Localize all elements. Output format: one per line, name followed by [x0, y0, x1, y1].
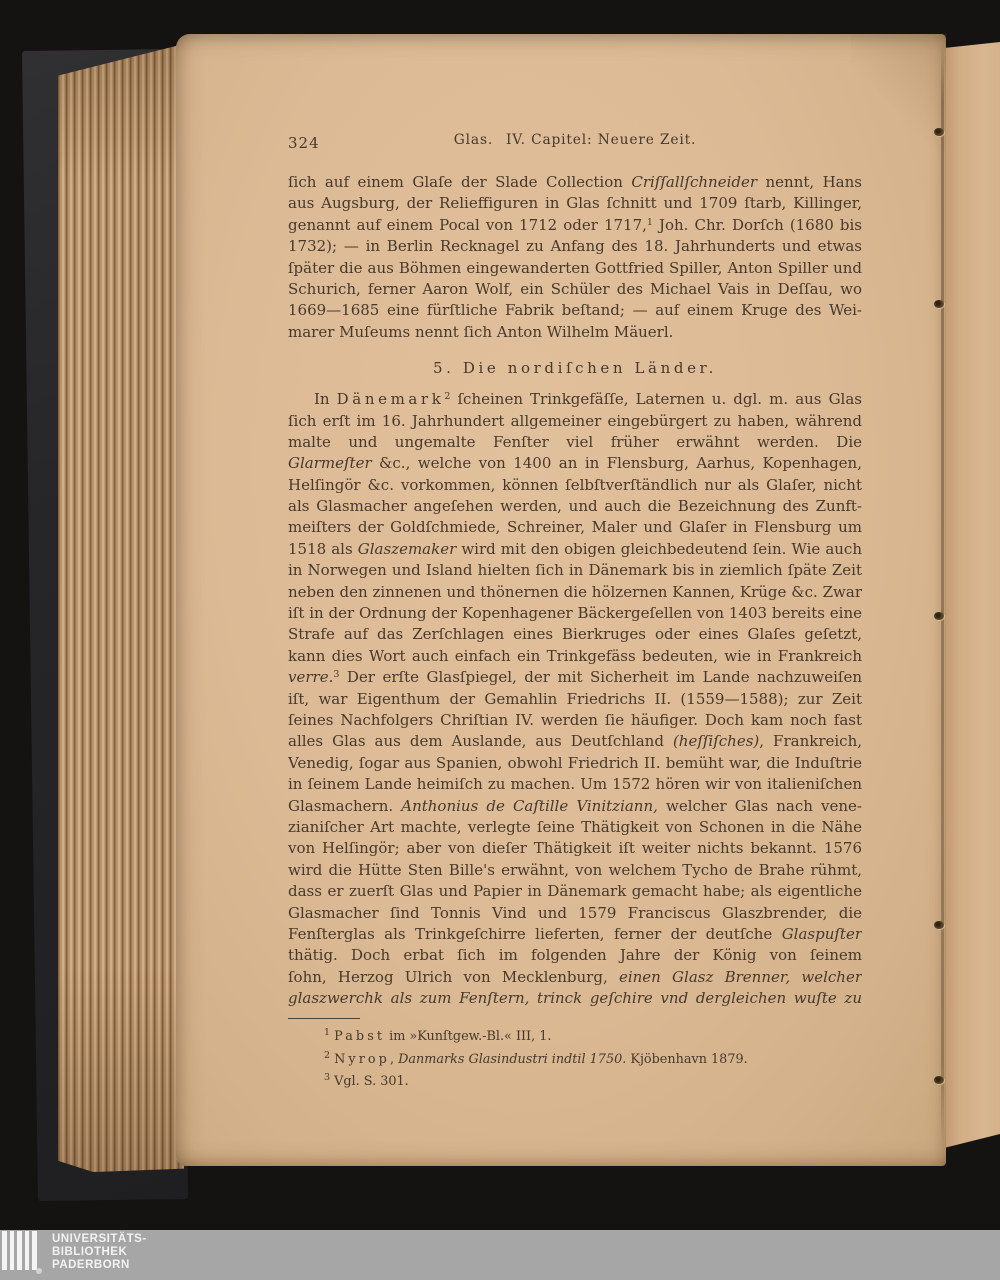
text-line: ſich erſt im 16. Jahrhundert allgemeiner… — [288, 411, 862, 432]
text-line: 1518 als Glaszemaker wird mit den obigen… — [288, 539, 862, 560]
text-line: wird die Hütte Sten Bille's erwähnt, von… — [288, 860, 862, 881]
text-line: aus Augsburg, der Relieffiguren in Glas … — [288, 193, 862, 214]
library-name: UNIVERSITÄTS- BIBLIOTHEK PADERBORN — [52, 1233, 147, 1272]
text-line: Venedig, ſogar aus Spanien, obwohl Fried… — [288, 753, 862, 774]
text-line: genannt auf einem Pocal von 1712 oder 17… — [288, 215, 862, 236]
library-logo-icon — [2, 1231, 48, 1277]
text-line: verre.3 Der erſte Glasſpiegel, der mit S… — [288, 667, 862, 688]
library-name-line2: BIBLIOTHEK — [52, 1246, 147, 1259]
text-line: Glasmacher ſind Tonnis Vind und 1579 Fra… — [288, 903, 862, 924]
binding-hole — [934, 1076, 944, 1084]
text-line: in Norwegen und Island hielten ſich in D… — [288, 560, 862, 581]
library-banner: UNIVERSITÄTS- BIBLIOTHEK PADERBORN — [0, 1230, 1000, 1280]
text-line: kann dies Wort auch einfach ein Trinkgef… — [288, 646, 862, 667]
book-photo: 324 Glas. IV. Capitel: Neuere Zeit. ſich… — [0, 0, 1000, 1280]
text-line: thätig. Doch erbat ſich im folgenden Jah… — [288, 945, 862, 966]
text-line: meiſters der Goldſchmiede, Schreiner, Ma… — [288, 517, 862, 538]
text-line: alles Glas aus dem Auslande, aus Deutſch… — [288, 731, 862, 752]
section-heading: 5. Die nordiſchen Länder. — [288, 359, 862, 381]
text-line: malte und ungemalte Fenſter viel früher … — [288, 432, 862, 453]
text-line: ſich auf einem Glaſe der Slade Collectio… — [288, 172, 862, 193]
text-line: iſt, war Eigenthum der Gemahlin Friedric… — [288, 689, 862, 710]
text-line: ſpäter die aus Böhmen eingewanderten Got… — [288, 258, 862, 279]
footnote: 3 Vgl. S. 301. — [324, 1071, 862, 1094]
running-title: Glas. IV. Capitel: Neuere Zeit. — [288, 132, 862, 148]
binding-hole — [934, 300, 944, 308]
footnote-rule — [288, 1018, 360, 1019]
gutter-crease — [941, 46, 944, 1148]
logo-dot — [36, 1268, 42, 1274]
binding-hole — [934, 921, 944, 929]
text-line: ſohn, Herzog Ulrich von Mecklenburg, ein… — [288, 967, 862, 988]
page-edge-stack — [58, 44, 184, 1172]
text-line: ſeines Nachfolgers Chriſtian IV. werden … — [288, 710, 862, 731]
text-line: 1669—1685 eine fürſtliche Fabrik beſtand… — [288, 300, 862, 321]
text-line: marer Muſeums nennt ſich Anton Wilhelm M… — [288, 322, 862, 343]
text-line: iſt in der Ordnung der Kopenhagener Bäck… — [288, 603, 862, 624]
text-line: zianiſcher Art machte, verlegte ſeine Th… — [288, 817, 862, 838]
text-line: neben den zinnenen und thönernen die höl… — [288, 582, 862, 603]
text-line: von Helſingör; aber von dieſer Thätigkei… — [288, 838, 862, 859]
binding-hole — [934, 128, 944, 136]
text-line: Glasmachern. Anthonius de Caſtille Vinit… — [288, 796, 862, 817]
text-block: ſich auf einem Glaſe der Slade Collectio… — [288, 172, 862, 1094]
next-page-surface — [944, 42, 1000, 1148]
text-line: als Glasmacher angeſehen werden, und auc… — [288, 496, 862, 517]
library-name-line3: PADERBORN — [52, 1259, 147, 1272]
text-line: Helſingör &c. vorkommen, können ſelbſtve… — [288, 475, 862, 496]
paragraph: ſich auf einem Glaſe der Slade Collectio… — [288, 172, 862, 343]
paragraph: In Dänemark2 ſcheinen Trinkgefäſſe, Late… — [288, 389, 862, 1009]
text-line: Schurich, ferner Aaron Wolf, ein Schüler… — [288, 279, 862, 300]
text-line: Strafe auf das Zerſchlagen eines Bierkru… — [288, 624, 862, 645]
page-header: 324 Glas. IV. Capitel: Neuere Zeit. — [288, 132, 862, 150]
text-line: dass er zuerſt Glas und Papier in Dänema… — [288, 881, 862, 902]
text-line: 1732); — in Berlin Recknagel zu Anfang d… — [288, 236, 862, 257]
text-line: Glarmeſter &c., welche von 1400 an in Fl… — [288, 453, 862, 474]
binding-hole — [934, 612, 944, 620]
footnote: 1 Pabst im »Kunſtgew.-Bl.« III, 1. — [324, 1026, 862, 1049]
text-line: In Dänemark2 ſcheinen Trinkgefäſſe, Late… — [288, 389, 862, 410]
footnotes: 1 Pabst im »Kunſtgew.-Bl.« III, 1.2 Nyro… — [288, 1026, 862, 1094]
text-line: in ſeinem Lande heimiſch zu machen. Um 1… — [288, 774, 862, 795]
book-page: 324 Glas. IV. Capitel: Neuere Zeit. ſich… — [176, 34, 946, 1166]
text-line: glaszwerchk als zum Fenſtern, trinck geſ… — [288, 988, 862, 1009]
library-name-line1: UNIVERSITÄTS- — [52, 1233, 147, 1246]
footnote: 2 Nyrop, Danmarks Glasindustri indtil 17… — [324, 1049, 862, 1072]
text-line: Fenſterglas als Trinkgeſchirre lieferten… — [288, 924, 862, 945]
